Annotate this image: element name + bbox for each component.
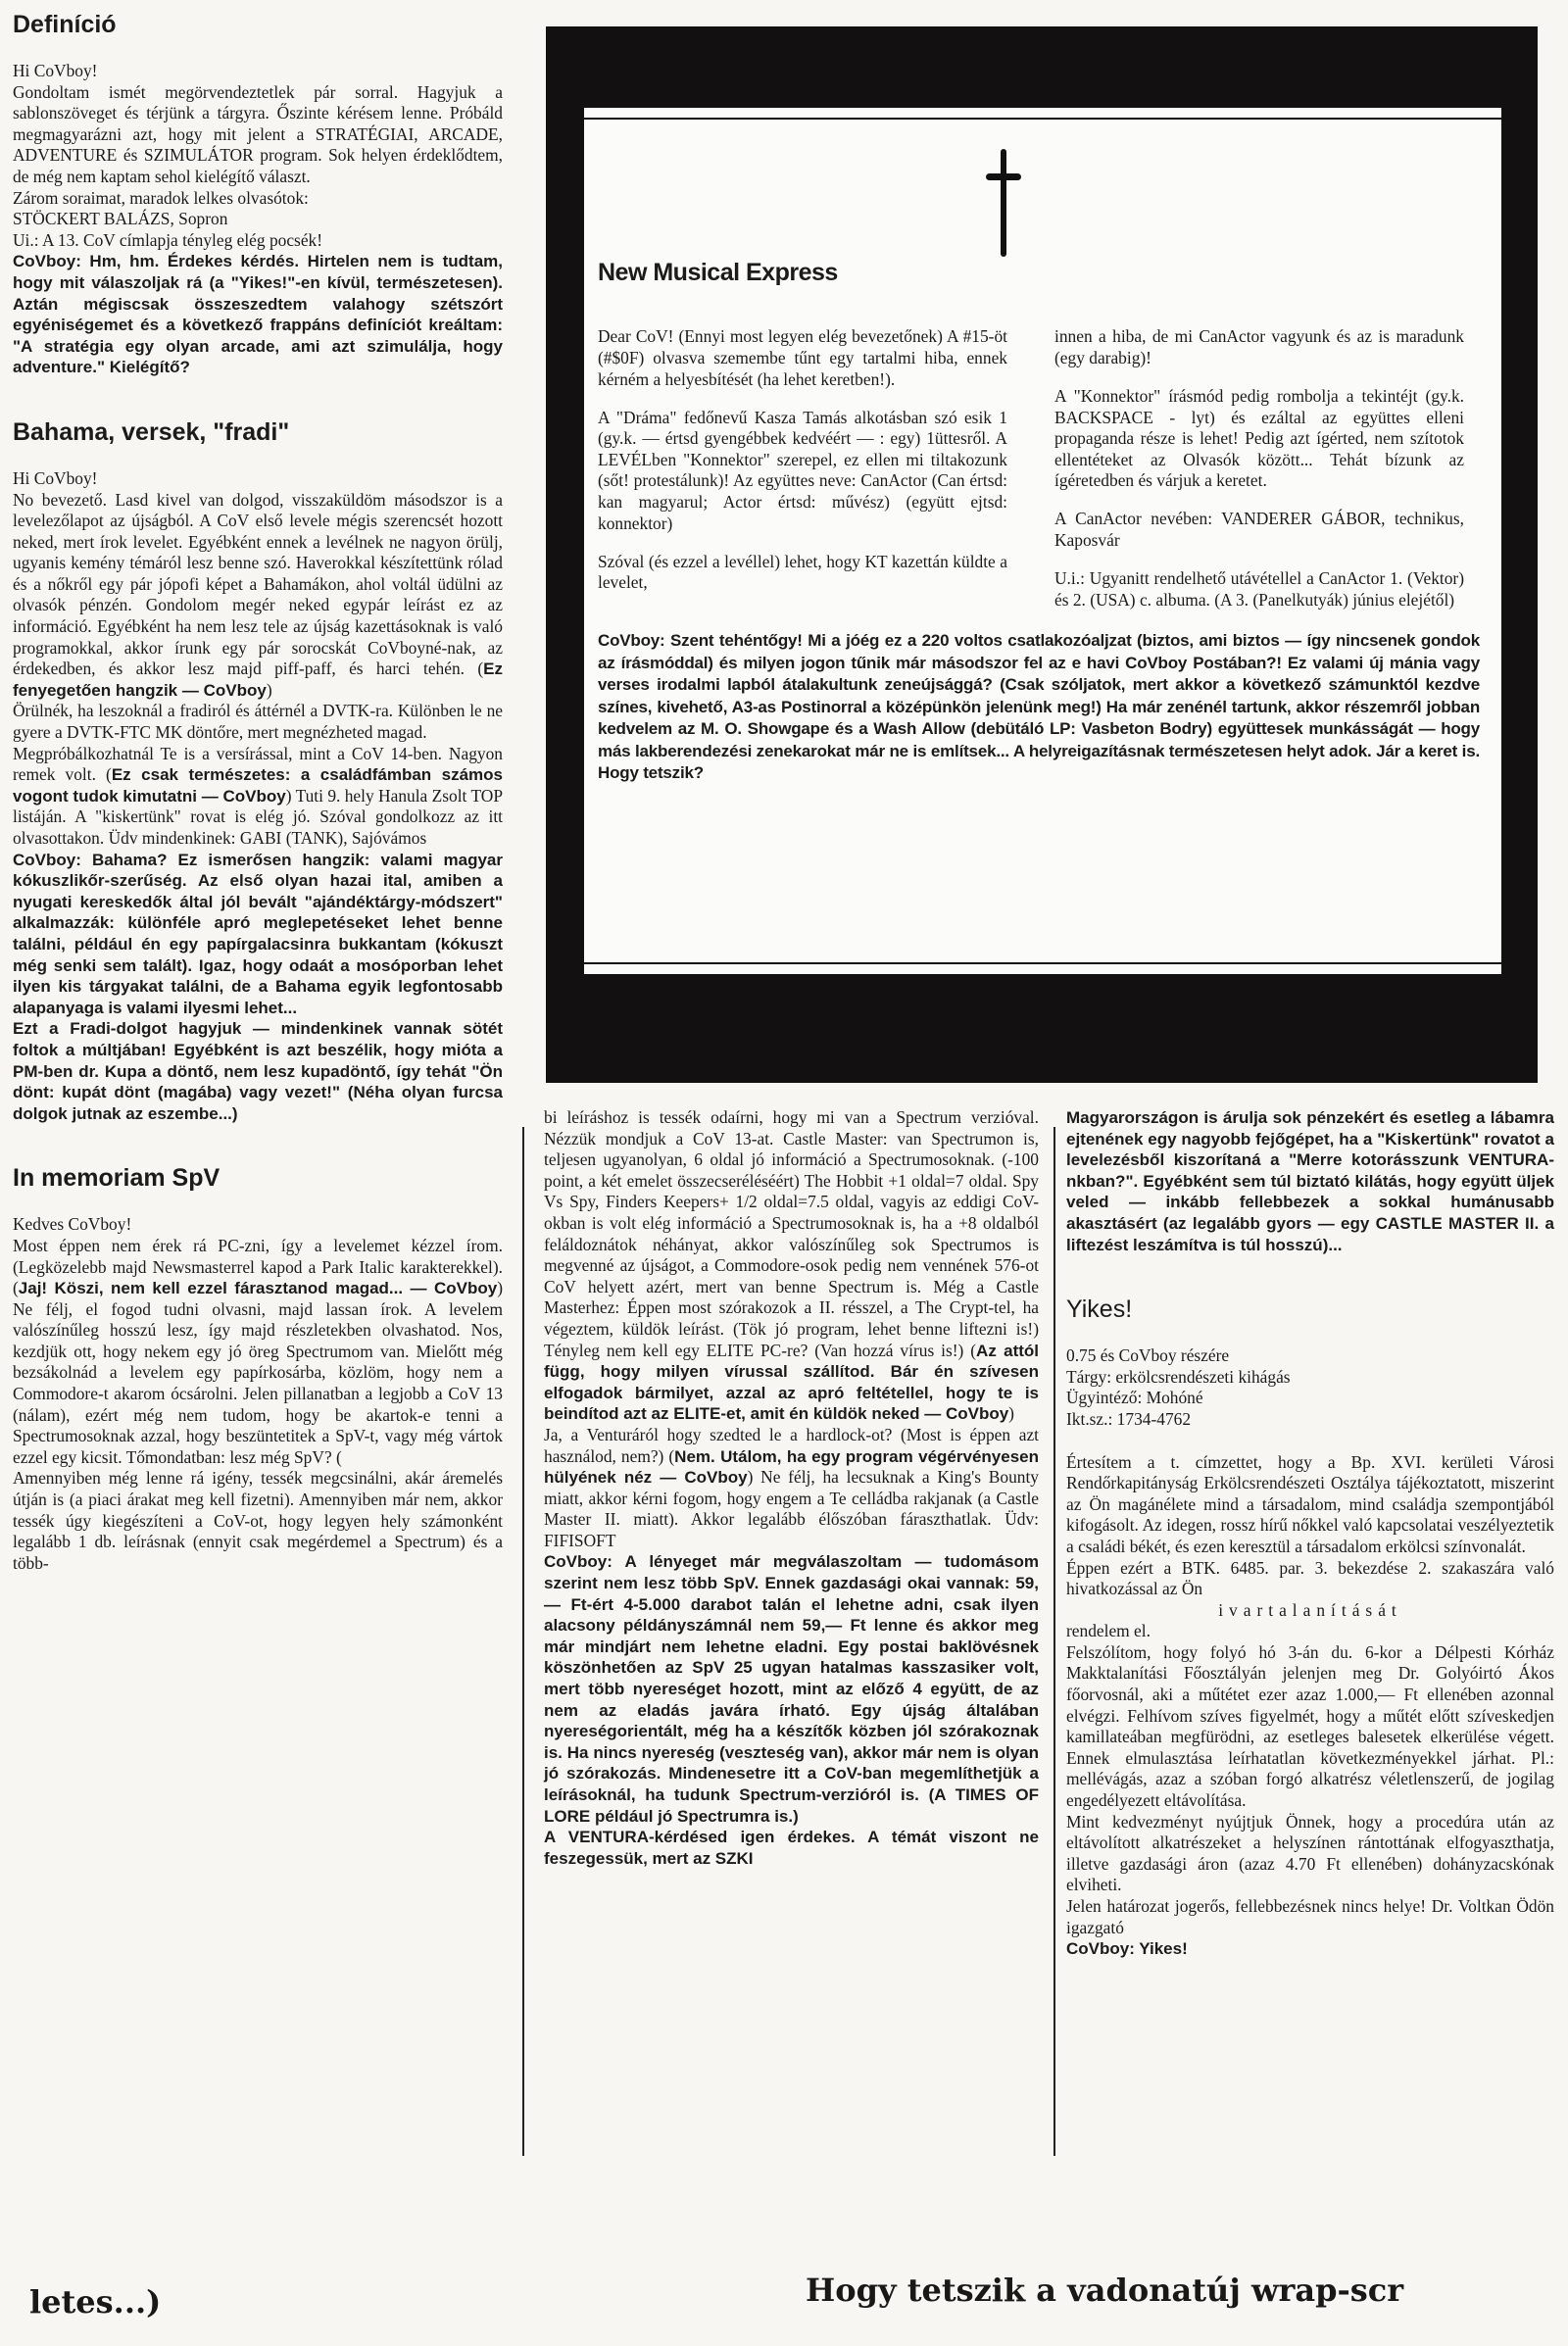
memo-paragraph: Felszólítom, hogy folyó hó 3-án du. 6-ko…: [1066, 1642, 1554, 1812]
footer-fragment-right: Hogy tetszik a vadonatúj wrap-scr: [806, 2272, 1403, 2309]
left-column: Definíció Hi CoVboy! Gondoltam ismét meg…: [13, 10, 503, 1574]
covboy-reply: A VENTURA-kérdésed igen érdekes. A témát…: [544, 1827, 1039, 1869]
letter-paragraph: Megpróbálkozhatnál Te is a versírással, …: [13, 744, 503, 850]
heading-bahama: Bahama, versek, "fradi": [13, 417, 503, 447]
frame-rule: [584, 962, 1501, 964]
middle-column: bi leíráshoz is tessék odaírni, hogy mi …: [544, 1107, 1039, 1869]
nme-letter-col2: innen a hiba, de mi CanActor vagyunk és …: [1054, 310, 1464, 627]
article-memoriam: In memoriam SpV Kedves CoVboy! Most éppe…: [13, 1163, 503, 1574]
letter-paragraph: Amennyiben még lenne rá igény, tessék me…: [13, 1468, 503, 1574]
column-divider: [522, 1127, 524, 2156]
right-column: Magyarországon is árulja sok pénzekért é…: [1066, 1107, 1554, 1960]
article-definicio: Definíció Hi CoVboy! Gondoltam ismét meg…: [13, 10, 503, 378]
letter-ps: Ui.: A 13. CoV címlapja tényleg elég poc…: [13, 230, 503, 252]
letter-paragraph: Ja, a Venturáról hogy szedted le a hardl…: [544, 1425, 1039, 1552]
letter-ps: U.i.: Ugyanitt rendelhető utávétellel a …: [1054, 568, 1464, 611]
letter-body: Gondoltam ismét megörvendeztetlek pár so…: [13, 82, 503, 188]
covboy-interjection: Jaj! Köszi, nem kell ezzel fárasztanod m…: [19, 1279, 497, 1297]
article-bahama: Bahama, versek, "fradi" Hi CoVboy! No be…: [13, 417, 503, 1124]
memo-paragraph: Éppen ezért a BTK. 6485. par. 3. bekezdé…: [1066, 1558, 1554, 1600]
letter-paragraph: Örülnék, ha leszoknál a fradiról és átté…: [13, 701, 503, 743]
heading-definicio: Definíció: [13, 10, 503, 39]
letter-paragraph: Szóval (és ezzel a levéllel) lehet, hogy…: [598, 552, 1007, 594]
letter-text: ) Ne félj, el fogod tudni olvasni, majd …: [13, 1278, 503, 1467]
letter-paragraph: No bevezető. Lasd kivel van dolgod, viss…: [13, 490, 503, 702]
spacer: [13, 1124, 503, 1163]
covboy-reply: CoVboy: Szent tehéntőgy! Mi a jóég ez a …: [598, 630, 1480, 785]
memo-header-line: Ikt.sz.: 1734-4762: [1066, 1409, 1554, 1431]
letter-signature: STÖCKERT BALÁZS, Sopron: [13, 209, 503, 230]
column-divider: [1053, 1127, 1055, 2156]
memo-paragraph: Értesítem a t. címzettet, hogy a Bp. XVI…: [1066, 1452, 1554, 1558]
spacer: [1066, 1431, 1554, 1452]
letter-greeting: Kedves CoVboy!: [13, 1214, 503, 1236]
letter-paragraph: A "Konnektor" írásmód pedig rombolja a t…: [1054, 386, 1464, 492]
letter-paragraph: Dear CoV! (Ennyi most legyen elég beveze…: [598, 326, 1007, 390]
mourning-frame-box: New Musical Express Dear CoV! (Ennyi mos…: [546, 26, 1538, 1083]
footer-fragment-left: letes...): [29, 2283, 161, 2321]
letter-signature: A CanActor nevében: VANDERER GÁBOR, tech…: [1054, 509, 1464, 551]
letter-paragraph: innen a hiba, de mi CanActor vagyunk és …: [1054, 326, 1464, 368]
memo-header-line: 0.75 és CoVboy részére: [1066, 1345, 1554, 1367]
covboy-reply: Magyarországon is árulja sok pénzekért é…: [1066, 1107, 1554, 1255]
letter-closing: Zárom soraimat, maradok lelkes olvasótok…: [13, 188, 503, 210]
covboy-reply: CoVboy: Yikes!: [1066, 1938, 1554, 1960]
memo-header-line: Tárgy: erkölcsrendészeti kihágás: [1066, 1367, 1554, 1389]
article-yikes: Yikes! 0.75 és CoVboy részére Tárgy: erk…: [1066, 1295, 1554, 1960]
covboy-reply: CoVboy: Bahama? Ez ismerősen hangzik: va…: [13, 850, 503, 1019]
spacer: [13, 378, 503, 417]
heading-yikes: Yikes!: [1066, 1295, 1554, 1324]
letter-greeting: Hi CoVboy!: [13, 61, 503, 82]
letter-text: bi leíráshoz is tessék odaírni, hogy mi …: [544, 1107, 1039, 1360]
letter-greeting: Hi CoVboy!: [13, 468, 503, 490]
frame-rule: [584, 118, 1501, 120]
nme-letter-col1: Dear CoV! (Ennyi most legyen elég beveze…: [598, 310, 1007, 611]
letter-paragraph: Most éppen nem érek rá PC-zni, így a lev…: [13, 1236, 503, 1469]
letter-text: No bevezető. Lasd kivel van dolgod, viss…: [13, 490, 503, 679]
memo-paragraph: Mint kedvezményt nyújtjuk Önnek, hogy a …: [1066, 1812, 1554, 1896]
heading-memoriam: In memoriam SpV: [13, 1163, 503, 1193]
spacer: [1066, 1255, 1554, 1295]
letter-paragraph: A "Dráma" fedőnevű Kasza Tamás alkotásba…: [598, 408, 1007, 535]
memo-paragraph: rendelem el.: [1066, 1621, 1554, 1642]
memo-emphasis: ivartalanítását: [1066, 1600, 1554, 1622]
frame-inner-panel: New Musical Express Dear CoV! (Ennyi mos…: [582, 106, 1503, 976]
letter-paragraph: bi leíráshoz is tessék odaírni, hogy mi …: [544, 1107, 1039, 1425]
covboy-reply: CoVboy: Hm, hm. Érdekes kérdés. Hirtelen…: [13, 251, 503, 378]
cross-icon: [986, 149, 1021, 257]
heading-nme: New Musical Express: [598, 259, 838, 287]
memo-paragraph: Jelen határozat jogerős, fellebbezésnek …: [1066, 1896, 1554, 1938]
covboy-reply: Ezt a Fradi-dolgot hagyjuk — mindenkinek…: [13, 1018, 503, 1124]
letter-text: ): [267, 680, 272, 700]
memo-header-line: Ügyintéző: Mohóné: [1066, 1388, 1554, 1409]
letter-text: ): [1008, 1403, 1014, 1423]
covboy-reply: CoVboy: A lényeget már megválaszoltam — …: [544, 1551, 1039, 1827]
